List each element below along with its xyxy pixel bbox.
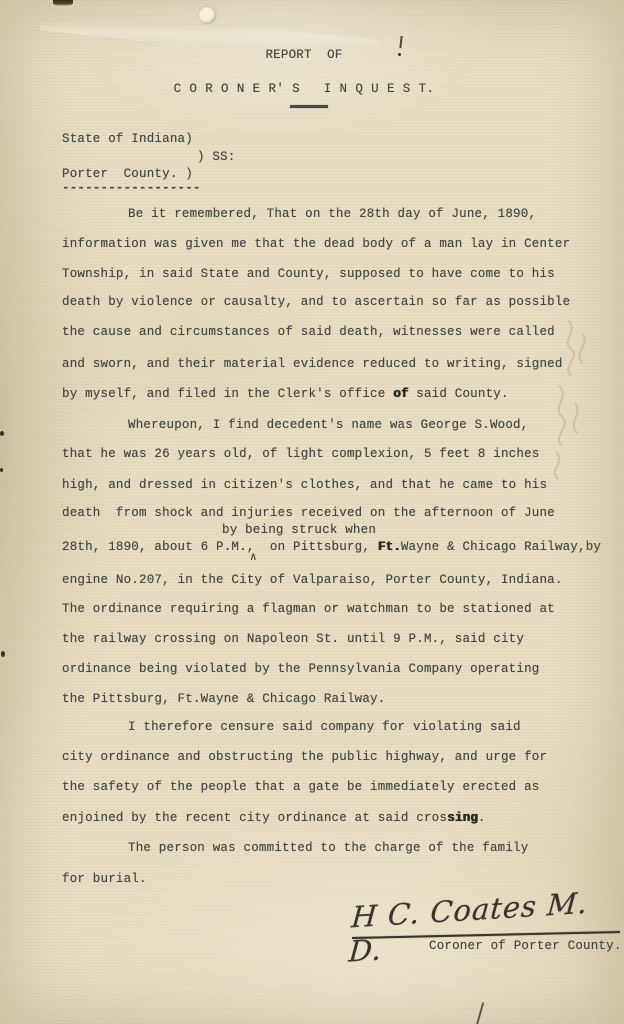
interlinear-insertion: by being struck when — [222, 523, 376, 538]
paper-notch — [53, 0, 73, 6]
report-header: REPORT OF — [0, 48, 608, 63]
edge-speck — [0, 431, 4, 436]
text-line: I therefore censure said company for vio… — [128, 720, 521, 735]
text-line: information was given me that the dead b… — [62, 237, 570, 252]
text-line: Whereupon, I find decedent's name was Ge… — [128, 418, 528, 433]
text-segment: by myself, and filed in the Clerk's offi… — [62, 387, 393, 401]
ink-mark — [399, 36, 402, 48]
report-title-line2: C O R O N E R' S I N Q U E S T. — [0, 82, 608, 97]
signature-title: Coroner of Porter County. — [429, 939, 622, 954]
pen-stroke — [476, 1002, 485, 1024]
insertion-caret: ∧ — [250, 551, 257, 566]
handwritten-signature: H C. Coates M. D. — [348, 883, 624, 968]
text-line: for burial. — [62, 872, 147, 887]
edge-speck — [0, 468, 3, 472]
venue-ss-line: ) SS: — [197, 150, 236, 165]
venue-state-line: State of Indiana) — [62, 132, 193, 147]
text-line: the safety of the people that a gate be … — [62, 780, 539, 795]
text-line: high, and dressed in citizen's clothes, … — [62, 478, 547, 493]
text-line: that he was 26 years old, of light compl… — [62, 447, 539, 462]
text-line: death from shock and injuries received o… — [62, 506, 555, 521]
text-line: 28th, 1890, about 6 P.M., on Pittsburg, … — [62, 540, 601, 555]
text-line: city ordinance and obstructing the publi… — [62, 750, 547, 765]
hole-punch — [199, 7, 216, 24]
title-underline — [290, 105, 328, 108]
text-line: and sworn, and their material evidence r… — [62, 357, 563, 372]
text-segment: said County. — [409, 387, 509, 401]
text-line: the Pittsburg, Ft.Wayne & Chicago Railwa… — [62, 692, 385, 707]
text-line: The ordinance requiring a flagman or wat… — [62, 602, 555, 617]
text-line: the railway crossing on Napoleon St. unt… — [62, 632, 524, 647]
overstruck-text: of — [393, 387, 408, 401]
text-line: the cause and circumstances of said deat… — [62, 325, 555, 340]
text-segment: . — [478, 811, 486, 825]
report-header-line2: C O R O N E R' S I N Q U E S T. — [0, 82, 608, 97]
edge-speck — [1, 651, 5, 657]
text-segment: 28th, 1890, about 6 P.M., on Pittsburg, — [62, 540, 378, 554]
overstruck-text: Ft. — [378, 540, 401, 554]
text-segment: enjoined by the recent city ordinance at… — [62, 811, 447, 825]
text-line: by myself, and filed in the Clerk's offi… — [62, 387, 509, 402]
text-line: The person was committed to the charge o… — [128, 841, 528, 856]
overstruck-text: sing — [447, 811, 478, 825]
document-page: REPORT OF C O R O N E R' S I N Q U E S T… — [0, 0, 624, 1024]
text-line: ordinance being violated by the Pennsylv… — [62, 662, 539, 677]
text-line: engine No.207, in the City of Valparaiso… — [62, 573, 563, 588]
text-line: Be it remembered, That on the 28th day o… — [128, 207, 536, 222]
text-line: death by violence or causalty, and to as… — [62, 295, 570, 310]
venue-county-line: Porter County. ) — [62, 167, 193, 182]
text-segment: Wayne & Chicago Railway,by — [401, 540, 601, 554]
text-line: enjoined by the recent city ordinance at… — [62, 811, 486, 826]
venue-rule: ------------------ — [62, 181, 201, 196]
text-line: Township, in said State and County, supp… — [62, 267, 555, 282]
report-title-line1: REPORT OF — [0, 48, 608, 63]
